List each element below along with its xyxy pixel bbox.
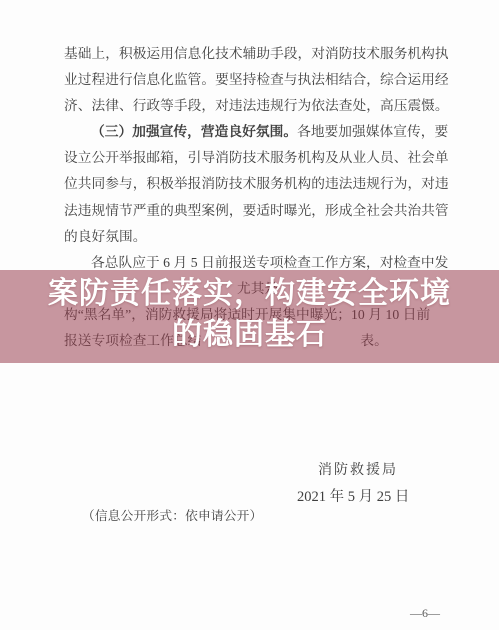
document-line: 基础上，积极运用信息化技术辅助手段，对消防技术服务机构执 <box>64 41 450 67</box>
disclosure-note: （信息公开形式：依申请公开） <box>82 507 262 526</box>
headline-text: 案防责任落实，构建安全环境 的稳固基石 <box>0 273 499 355</box>
section-heading-bold: （三）加强宣传，营造良好氛围。 <box>91 124 297 139</box>
scanned-document-page: 基础上，积极运用信息化技术辅助手段，对消防技术服务机构执 业过程进行信息化监管。… <box>0 0 499 630</box>
document-date: 2021 年 5 月 25 日 <box>297 487 409 507</box>
document-line: 济、法律、行政等手段，对违法违规行为依法查处，高压震慑。 <box>64 93 450 119</box>
document-line-section-heading: （三）加强宣传，营造良好氛围。各地要加强媒体宣传，要 <box>64 119 450 145</box>
document-line: 业过程进行信息化监管。要坚持检查与执法相结合，综合运用经 <box>64 67 450 93</box>
headline-line-1: 案防责任落实，构建安全环境 <box>0 273 499 314</box>
headline-line-2: 的稳固基石 <box>0 314 499 355</box>
agency-signature: 消防救援局 <box>318 461 398 481</box>
headline-banner-overlay: 案防责任落实，构建安全环境 的稳固基石 <box>0 270 499 363</box>
document-line: 的良好氛围。 <box>64 224 450 250</box>
document-line: 法违规情节严重的典型案例，要适时曝光，形成全社会共治共管 <box>64 198 450 224</box>
page-number: —6— <box>410 605 440 621</box>
document-line: 设立公开举报邮箱，引导消防技术服务机构及从业人员、社会单 <box>64 145 450 171</box>
section-heading-rest: 各地要加强媒体宣传，要 <box>297 124 448 139</box>
document-line: 位共同参与，积极举报消防技术服务机构的违法违规行为，对违 <box>64 171 450 197</box>
